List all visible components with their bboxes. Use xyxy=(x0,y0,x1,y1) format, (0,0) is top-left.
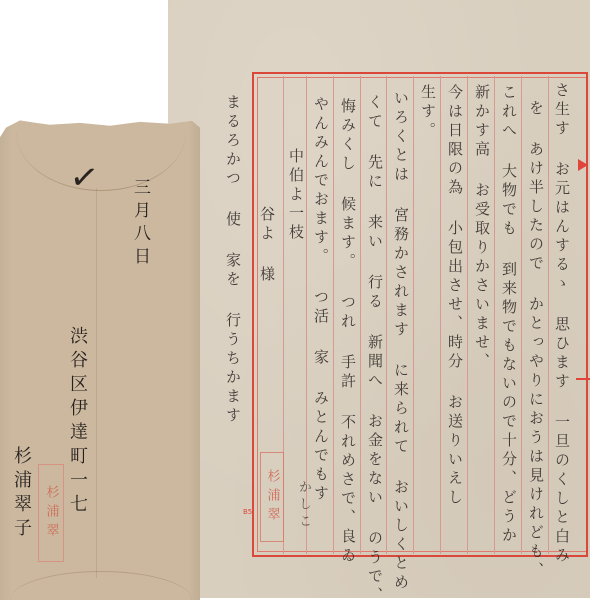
column-rule xyxy=(494,76,495,554)
letter-column-2: を あけ半したので かとっやりにおうは見けれども、 xyxy=(527,100,545,581)
letter-column-3: これへ 大物でも 到来物でもないので十分、どうか xyxy=(500,84,518,546)
letter-column-9: 悔みくし 候ます。 つれ 手許 不れめさで、良ゐ xyxy=(339,98,357,566)
letter-column-1: さ生す お元はんするゝ 思ひます 一旦のくしと白み xyxy=(553,82,571,566)
envelope-sender: 杉浦翠子 xyxy=(8,446,34,542)
column-rule xyxy=(360,76,361,554)
margin-postscript: まるろかつ 使 家を 行うちかます xyxy=(224,94,242,426)
letter-column-6: 生す。 xyxy=(419,84,437,141)
letter-signoff: かしこ xyxy=(294,480,312,531)
letter-column-8: くて 先に 来い 行る 新聞へ お金をない のうで、 xyxy=(366,94,384,600)
envelope-address: 渋谷区伊達町一七 xyxy=(64,326,90,518)
column-rule xyxy=(333,76,334,554)
envelope-bottom-flap xyxy=(10,571,192,600)
fold-marker xyxy=(578,159,588,171)
envelope-seam xyxy=(96,188,97,578)
column-rule xyxy=(440,76,441,554)
fold-marker-line xyxy=(576,378,590,380)
column-rule xyxy=(521,76,522,554)
check-mark: ✓ xyxy=(67,156,101,200)
column-rule xyxy=(386,76,387,554)
letter-column-10: やんみんでおます。 つ活 家 みとんでもす xyxy=(312,96,330,504)
letter-column-4: 新かす高 お受取りかさいませ、 xyxy=(473,84,491,372)
envelope-flap xyxy=(16,132,186,191)
paper-size-mark: B5 xyxy=(243,508,252,516)
column-rule xyxy=(467,76,468,554)
envelope-date: 三月八日 xyxy=(128,178,153,270)
column-rule xyxy=(548,76,549,554)
letter-seal: 杉浦翠 xyxy=(260,452,284,542)
envelope-seal: 杉浦翠 xyxy=(38,464,64,562)
letter-column-5: 今は日限の為 小包出させ、時分 お送りいえし xyxy=(446,84,464,508)
letter-column-7: いろくとは 宮務かされます に来られて おいしくとめ xyxy=(392,90,410,593)
letter-column-11: 中伯よ一枝 xyxy=(287,148,305,243)
letter-column-12: 谷よ 様 xyxy=(258,206,276,285)
column-rule xyxy=(413,76,414,554)
